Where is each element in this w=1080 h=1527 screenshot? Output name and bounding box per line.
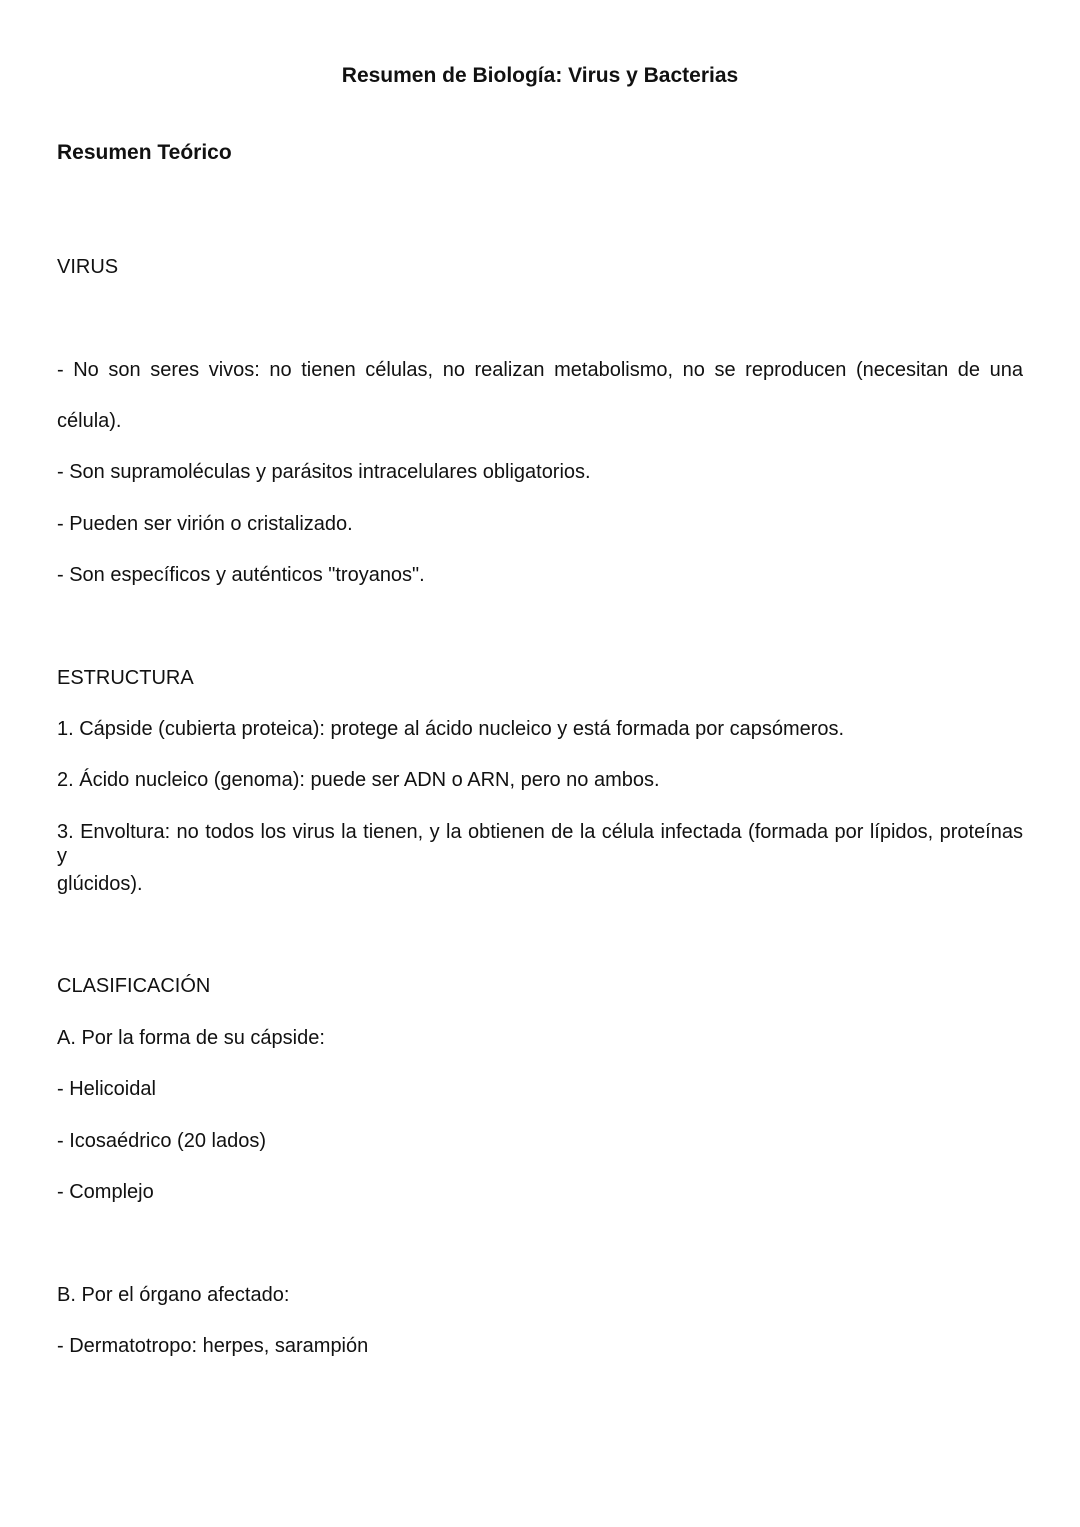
- estructura-item-3-cont: glúcidos).: [57, 872, 143, 896]
- clasificacion-b-item-1: - Dermatotropo: herpes, sarampión: [57, 1334, 368, 1358]
- clasificacion-a-item-3: - Complejo: [57, 1180, 154, 1204]
- heading-virus: VIRUS: [57, 255, 118, 279]
- clasificacion-a-item-1: - Helicoidal: [57, 1077, 156, 1101]
- estructura-item-3: 3. Envoltura: no todos los virus la tien…: [57, 820, 1023, 868]
- virus-item-2: - Son supramoléculas y parásitos intrace…: [57, 460, 591, 484]
- virus-item-4: - Son específicos y auténticos "troyanos…: [57, 563, 425, 587]
- virus-item-1: - No son seres vivos: no tienen células,…: [57, 358, 1023, 382]
- clasificacion-a-item-2: - Icosaédrico (20 lados): [57, 1129, 266, 1153]
- estructura-item-1: 1. Cápside (cubierta proteica): protege …: [57, 717, 844, 741]
- document-page: Resumen de Biología: Virus y Bacterias R…: [0, 0, 1080, 1527]
- document-title: Resumen de Biología: Virus y Bacterias: [0, 63, 1080, 89]
- clasificacion-group-b-label: B. Por el órgano afectado:: [57, 1283, 289, 1307]
- heading-clasificacion: CLASIFICACIÓN: [57, 974, 210, 998]
- clasificacion-group-a-label: A. Por la forma de su cápside:: [57, 1026, 325, 1050]
- estructura-item-2: 2. Ácido nucleico (genoma): puede ser AD…: [57, 768, 660, 792]
- virus-item-1-cont: célula).: [57, 409, 121, 433]
- section-title-resumen-teorico: Resumen Teórico: [57, 140, 232, 166]
- heading-estructura: ESTRUCTURA: [57, 666, 194, 690]
- virus-item-3: - Pueden ser virión o cristalizado.: [57, 512, 353, 536]
